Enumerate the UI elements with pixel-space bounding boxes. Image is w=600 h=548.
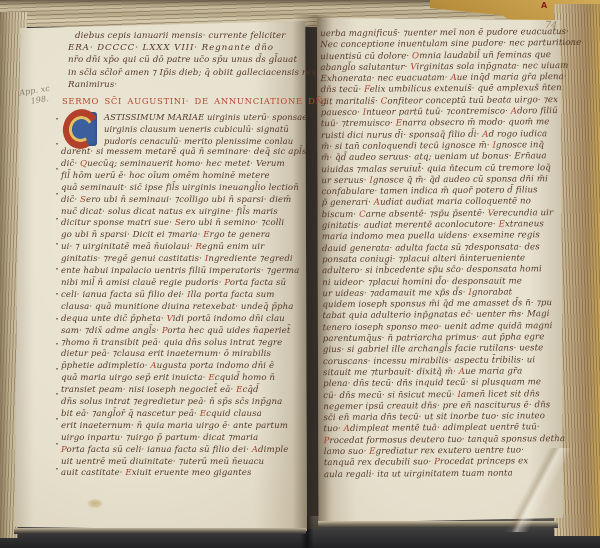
- illuminated-initial-c: [63, 109, 100, 150]
- left-body-text: darent· si messem metarē quā n̄ seminare…: [61, 147, 306, 480]
- manuscript-photo: A App. xc 198. diebus cepis ianuarii men…: [0, 0, 600, 548]
- left-page-bottom-edge: [14, 528, 306, 534]
- colophon-text: diebus cepis ianuarii mensis· currente f…: [68, 30, 316, 91]
- parchment-stain: [84, 497, 106, 510]
- left-body-beside-initial: ASTISSIMUM MARIAE uirginis uterū· sponsa…: [104, 111, 307, 147]
- cover-letter-mark: A: [541, 1, 547, 10]
- pricking-holes: [56, 118, 58, 478]
- rubric-title: SERMO SC̄I AUGUSTINI· DE ANNUNCIATIONE D…: [62, 96, 328, 106]
- right-body-text: uerba magnificus̄· ⁊uenter meī non ē pud…: [320, 27, 585, 481]
